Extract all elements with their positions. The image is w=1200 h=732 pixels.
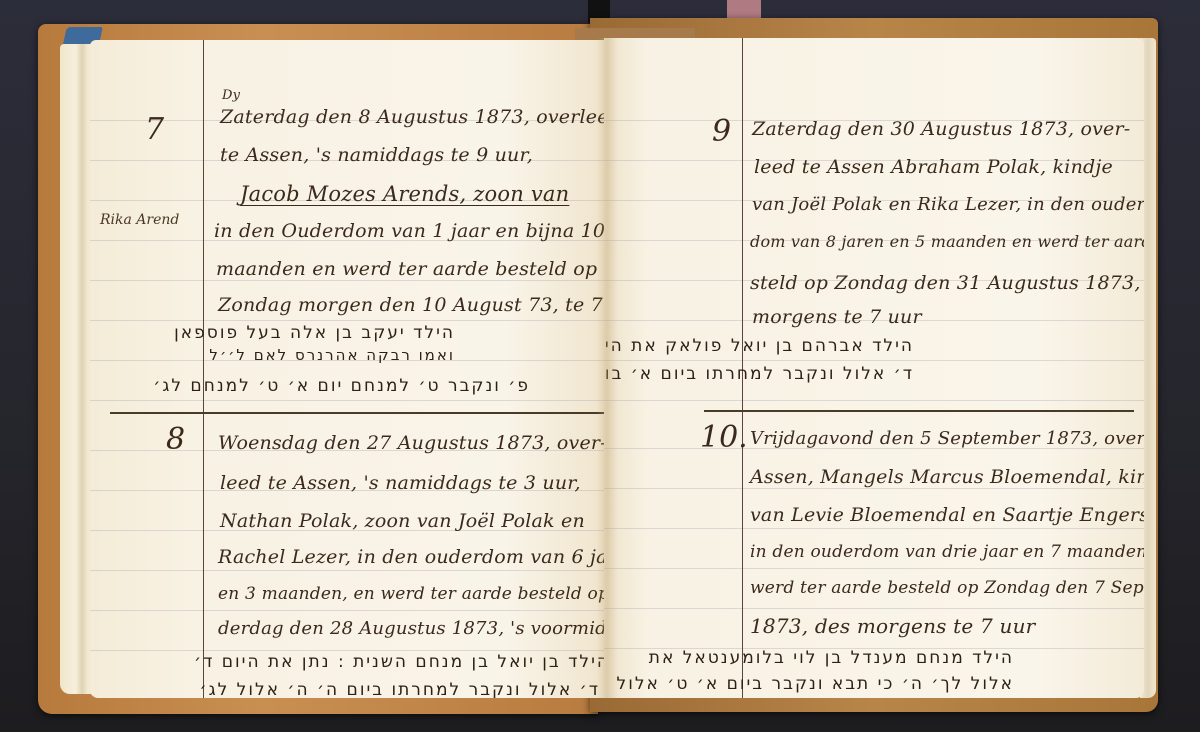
entry-line: in den Ouderdom van 1 jaar en bijna 10 <box>214 220 605 242</box>
hebrew-line: ד׳ אלול ונקבר למחרתו ביום ה׳ ה׳ אלול לג׳ <box>200 680 600 698</box>
entry-line: Assen, Mangels Marcus Bloemendal, kindje <box>750 466 1144 488</box>
entry-number: 9 <box>712 114 731 149</box>
entry-number: 8 <box>166 422 185 457</box>
entry-line: Rachel Lezer, in den ouderdom van 6 jare… <box>218 546 610 568</box>
left-page: 7 Rika Arend Dy Zaterdag den 8 Augustus … <box>90 40 610 698</box>
entry-line: dom van 8 jaren en 5 maanden en werd ter… <box>750 232 1144 251</box>
entry-number: 7 <box>145 112 164 147</box>
entry-line: te Assen, 's namiddags te 9 uur, <box>220 144 533 166</box>
entry-line: Zaterdag den 30 Augustus 1873, over- <box>752 118 1130 140</box>
entry-line: Woensdag den 27 Augustus 1873, over- <box>218 432 607 454</box>
hebrew-line: אלול לך׳ ה׳ כי תבא ונקבר ביום א׳ ט׳ אלול <box>617 674 1014 694</box>
entry-line: 1873, des morgens te 7 uur <box>750 614 1035 638</box>
entry-line: steld op Zondag den 31 Augustus 1873, de… <box>750 272 1144 294</box>
entry-line: Zaterdag den 8 Augustus 1873, overleed <box>220 106 610 128</box>
entry-line: Vrijdagavond den 5 September 1873, overl… <box>750 428 1144 449</box>
left-margin-line <box>203 40 204 698</box>
hebrew-line: ד׳ אלול ונקבר למחרתו ביום א׳ בו הלוך לג׳ <box>604 364 914 384</box>
entry-line: van Joël Polak en Rika Lezer, in den oud… <box>752 194 1144 215</box>
entry-line: van Levie Bloemendal en Saartje Engers, <box>750 504 1144 526</box>
entry-line: morgens te 7 uur <box>752 306 922 328</box>
entry-line: leed te Assen, 's namiddags te 3 uur, <box>220 472 581 494</box>
entry-line: Nathan Polak, zoon van Joël Polak en <box>220 510 585 532</box>
right-page: 9 Zaterdag den 30 Augustus 1873, over- l… <box>604 38 1144 698</box>
entry-line: in den ouderdom van drie jaar en 7 maand… <box>750 542 1144 562</box>
entry-line: leed te Assen Abraham Polak, kindje <box>754 156 1113 178</box>
book-photo: 7 Rika Arend Dy Zaterdag den 8 Augustus … <box>0 0 1200 732</box>
hebrew-line: הילד אברהם בן יואל פולאק את היום ל׳ <box>604 336 914 356</box>
entry-line: derdag den 28 Augustus 1873, 's voormidd… <box>218 618 610 639</box>
superscript-note: Dy <box>222 88 240 103</box>
entry-number: 10. <box>700 420 748 455</box>
hebrew-line: ואמו רבקה אהרנרס לאם ל׳׳ל <box>209 346 455 364</box>
entry-divider <box>110 412 610 414</box>
entry-line: werd ter aarde besteld op Zondag den 7 S… <box>750 578 1144 598</box>
margin-note: Rika Arend <box>100 212 179 228</box>
entry-line: Jacob Mozes Arends, zoon van <box>240 182 569 206</box>
entry-divider <box>704 410 1134 412</box>
entry-line: Zondag morgen den 10 August 73, te 7 uur <box>218 294 610 316</box>
hebrew-line: הילד בן יואל בן מנחם השנית : נתן את היום… <box>194 652 610 672</box>
entry-line: en 3 maanden, en werd ter aarde besteld … <box>218 584 610 604</box>
hebrew-line: הילד מנחם מענדל בן לוי בלומענטאל את <box>649 648 1014 668</box>
hebrew-line: הילד יעקב בן אלה בעל פוספאן <box>174 323 455 343</box>
hebrew-line: פ׳ ונקבר ט׳ למנחם יום א׳ ט׳ למנחם לג׳ <box>153 376 530 396</box>
entry-line: maanden en werd ter aarde besteld op <box>216 258 597 280</box>
